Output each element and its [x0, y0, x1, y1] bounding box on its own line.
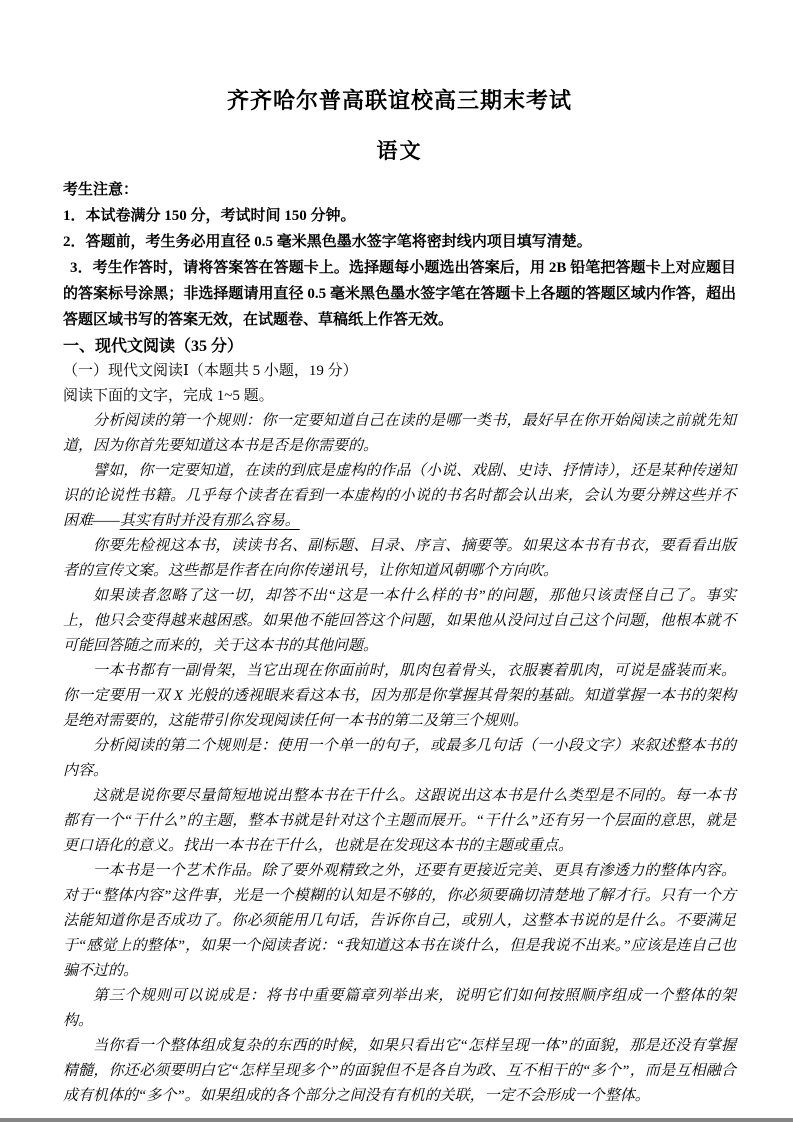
section-subheading: （一）现代文阅读Ⅰ（本题共 5 小题，19 分） [63, 359, 736, 384]
reading-instruction: 阅读下面的文字，完成 1~5 题。 [63, 384, 736, 409]
subject-title: 语文 [63, 137, 736, 165]
notice-item: 2．答题前，考生务必用直径 0.5 毫米黑色墨水签字笔将密封线内项目填写清楚。 [63, 229, 736, 255]
passage-paragraph: 如果读者忽略了这一切，却答不出“这是一本什么样的书”的问题，那他只该责怪自己了。… [63, 584, 736, 659]
section-heading: 一、现代文阅读（35 分） [63, 334, 736, 359]
page-content: 齐齐哈尔普高联谊校高三期末考试 语文 考生注意： 1．本试卷满分 150 分，考… [0, 0, 793, 1109]
notice-item: 1．本试卷满分 150 分，考试时间 150 分钟。 [63, 203, 736, 229]
passage: 分析阅读的第一个规则：你一定要知道自己在读的是哪一类书，最好早在你开始阅读之前就… [63, 409, 736, 1109]
paragraph-text: 一本书是一个艺术作品。除了要外观精致之外，还要有更接近完美、更具有渗透力的整体内… [63, 863, 736, 979]
passage-paragraph: 当你看一个整体组成复杂的东西的时候，如果只看出它“怎样呈现一体”的面貌，那是还没… [63, 1034, 736, 1109]
paragraph-text: 一本书都有一副骨架，当它出现在你面前时，肌肉包着骨头，衣服裹着肌肉，可说是盛装而… [63, 663, 736, 729]
passage-paragraph: 分析阅读的第二个规则是：使用一个单一的句子，或最多几句话（一小段文字）来叙述整本… [63, 734, 736, 784]
passage-paragraph: 譬如，你一定要知道，在读的到底是虚构的作品（小说、戏剧、史诗、抒情诗），还是某种… [63, 459, 736, 534]
paragraph-text: 这就是说你要尽量简短地说出整本书在干什么。这跟说出这本书是什么类型是不同的。每一… [63, 788, 736, 854]
paragraph-text: 当你看一个整体组成复杂的东西的时候，如果只看出它“怎样呈现一体”的面貌，那是还没… [63, 1038, 736, 1104]
passage-paragraph: 一本书是一个艺术作品。除了要外观精致之外，还要有更接近完美、更具有渗透力的整体内… [63, 859, 736, 984]
page-title: 齐齐哈尔普高联谊校高三期末考试 [63, 86, 736, 116]
underlined-text: 其实有时并没有那么容易。 [120, 513, 300, 529]
notice-items: 1．本试卷满分 150 分，考试时间 150 分钟。2．答题前，考生务必用直径 … [63, 203, 736, 333]
paragraph-text: 分析阅读的第二个规则是：使用一个单一的句子，或最多几句话（一小段文字）来叙述整本… [63, 738, 736, 779]
passage-paragraph: 你要先检视这本书，读读书名、副标题、目录、序言、摘要等。如果这本书有书衣，要看看… [63, 534, 736, 584]
paragraph-text: 你要先检视这本书，读读书名、副标题、目录、序言、摘要等。如果这本书有书衣，要看看… [63, 538, 736, 579]
page-bottom-edge [0, 1118, 793, 1122]
paragraph-text: 分析阅读的第一个规则：你一定要知道自己在读的是哪一类书，最好早在你开始阅读之前就… [63, 413, 736, 454]
notice-item: 3．考生作答时，请将答案答在答题卡上。选择题每小题选出答案后，用 2B 铅笔把答… [63, 255, 736, 333]
paragraph-text: 如果读者忽略了这一切，却答不出“这是一本什么样的书”的问题，那他只该责怪自己了。… [63, 588, 736, 654]
passage-paragraph: 这就是说你要尽量简短地说出整本书在干什么。这跟说出这本书是什么类型是不同的。每一… [63, 784, 736, 859]
passage-paragraph: 分析阅读的第一个规则：你一定要知道自己在读的是哪一类书，最好早在你开始阅读之前就… [63, 409, 736, 459]
candidate-notice-section: 考生注意： 1．本试卷满分 150 分，考试时间 150 分钟。2．答题前，考生… [63, 177, 736, 333]
exam-paper-page: 齐齐哈尔普高联谊校高三期末考试 语文 考生注意： 1．本试卷满分 150 分，考… [0, 0, 793, 1122]
paragraph-text: 第三个规则可以说成是：将书中重要篇章列举出来，说明它们如何按照顺序组成一个整体的… [63, 988, 736, 1029]
passage-paragraph: 第三个规则可以说成是：将书中重要篇章列举出来，说明它们如何按照顺序组成一个整体的… [63, 984, 736, 1034]
notice-heading: 考生注意： [63, 177, 736, 203]
passage-paragraph: 一本书都有一副骨架，当它出现在你面前时，肌肉包着骨头，衣服裹着肌肉，可说是盛装而… [63, 659, 736, 734]
